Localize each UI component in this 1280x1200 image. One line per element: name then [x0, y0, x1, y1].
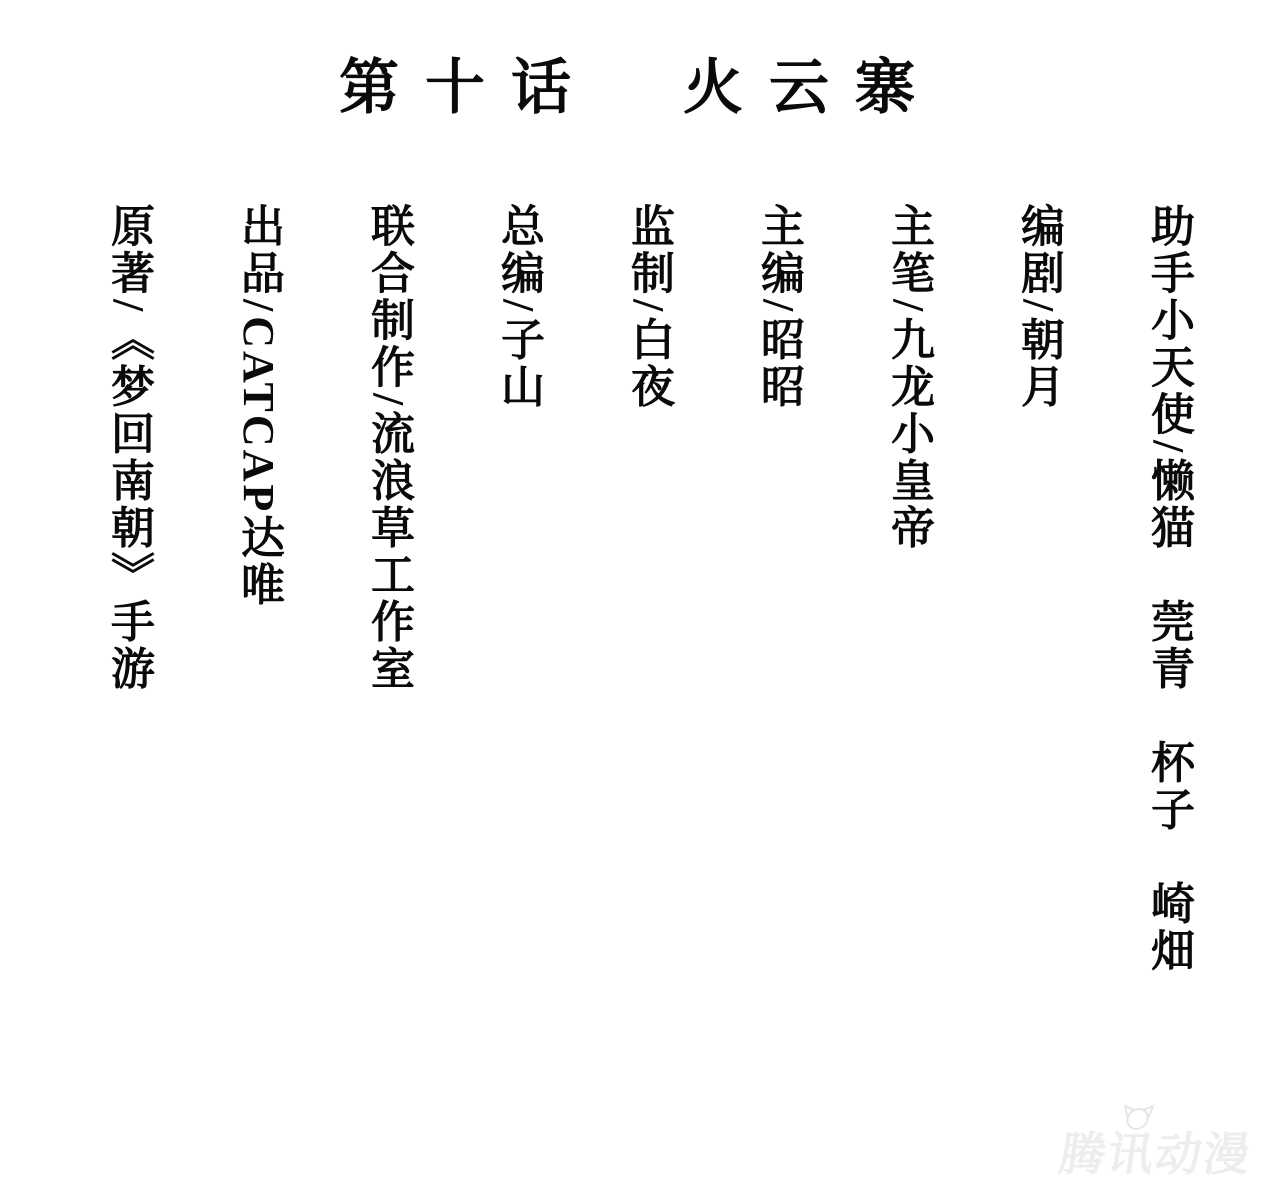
- credit-role: 出品: [234, 203, 283, 297]
- credit-separator: /: [624, 297, 673, 316]
- credits-block: 助手小天使/懒猫 莞青 杯子 崎畑 编剧/朝月 主笔/九龙小皇帝 主编/昭昭 监…: [63, 203, 1233, 1163]
- credit-separator: /: [234, 297, 283, 316]
- credit-role: 监制: [624, 203, 673, 297]
- credit-role: 原著: [104, 203, 153, 297]
- credit-role: 联合制作: [364, 203, 413, 391]
- credit-separator: /: [754, 297, 803, 316]
- credit-role: 编剧: [1014, 203, 1063, 297]
- credit-column-supervisor: 监制/白夜: [583, 203, 713, 1163]
- credit-column-co-production: 联合制作/流浪草工作室: [323, 203, 453, 1163]
- credit-column-screenwriter: 编剧/朝月: [973, 203, 1103, 1163]
- credit-separator: /: [494, 297, 543, 316]
- credit-names: 懒猫 莞青 杯子 崎畑: [1144, 457, 1193, 974]
- credit-column-lead-artist: 主笔/九龙小皇帝: [843, 203, 973, 1163]
- credit-separator: /: [104, 297, 153, 316]
- credit-role: 助手小天使: [1144, 203, 1193, 438]
- credit-names: 子山: [494, 316, 543, 410]
- credit-column-chief-editor: 主编/昭昭: [713, 203, 843, 1163]
- credit-column-editor-in-chief: 总编/子山: [453, 203, 583, 1163]
- credit-names: CATCAP达唯: [234, 316, 283, 608]
- credit-names: 《梦回南朝》手游: [104, 316, 153, 692]
- credit-role: 主编: [754, 203, 803, 297]
- credit-names: 白夜: [624, 316, 673, 410]
- credit-column-original-work: 原著/《梦回南朝》手游: [63, 203, 193, 1163]
- tencent-comics-watermark: 腾讯动漫: [1055, 1118, 1256, 1184]
- watermark-label: 腾讯动漫: [1056, 1128, 1255, 1180]
- credit-separator: /: [364, 391, 413, 410]
- chapter-title: 第十话 火云寨: [339, 40, 941, 126]
- credit-role: 总编: [494, 203, 543, 297]
- cat-ears-icon: [1119, 1104, 1157, 1130]
- credit-names: 朝月: [1014, 316, 1063, 410]
- credit-separator: /: [884, 297, 933, 316]
- credit-column-publisher: 出品/CATCAP达唯: [193, 203, 323, 1163]
- credit-separator: /: [1014, 297, 1063, 316]
- credit-role: 主笔: [884, 203, 933, 297]
- credit-names: 九龙小皇帝: [884, 316, 933, 551]
- credit-separator: /: [1144, 438, 1193, 457]
- credit-column-assistants: 助手小天使/懒猫 莞青 杯子 崎畑: [1103, 203, 1233, 1163]
- credit-names: 昭昭: [754, 316, 803, 410]
- credit-names: 流浪草工作室: [364, 410, 413, 692]
